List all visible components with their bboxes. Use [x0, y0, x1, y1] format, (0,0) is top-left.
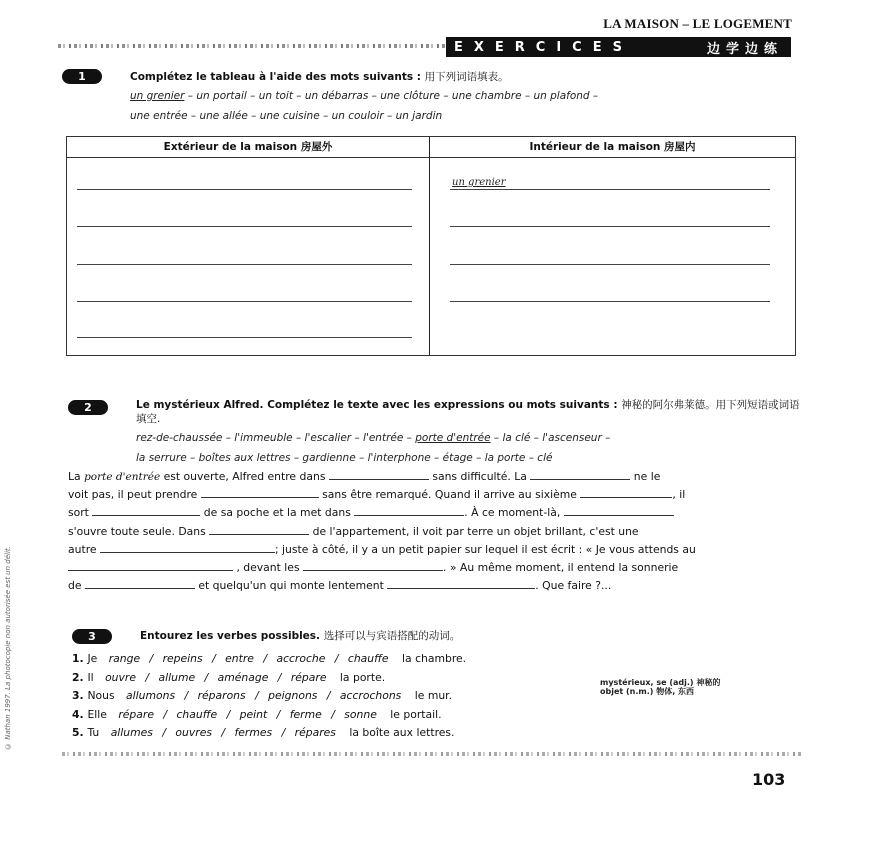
answer-line[interactable] [77, 301, 412, 302]
item-number: 1. [72, 650, 84, 669]
table-column-interior: Intérieur de la maison 房屋内 un grenier [430, 137, 795, 355]
text-fragment: de l'appartement, il voit par terre un o… [313, 525, 639, 538]
answer-line[interactable] [450, 264, 770, 265]
list-item: 2. Il ouvre / allume / aménage / répare … [72, 669, 466, 688]
text-fragment: s'ouvre toute seule. Dans [68, 525, 206, 538]
blank-field[interactable] [303, 559, 443, 571]
instruction-text-cn: 用下列词语填表。 [425, 71, 509, 83]
wordlist-part: rez-de-chaussée – l'immeuble – l'escalie… [136, 432, 415, 444]
banner-chinese: 边学边练 [707, 38, 783, 57]
chapter-title: LA MAISON – LE LOGEMENT [560, 16, 792, 32]
item-number: 2. [72, 669, 84, 688]
blank-field[interactable] [530, 468, 630, 480]
handwritten-answer: un grenier [452, 177, 506, 188]
instruction-text: Complétez le tableau à l'aide des mots s… [130, 71, 421, 83]
answer-line[interactable] [450, 189, 770, 190]
list-item: 4. Elle répare / chauffe / peint / ferme… [72, 706, 466, 725]
item-subject: Il [87, 669, 93, 688]
item-object: le portail. [390, 708, 441, 721]
blank-field[interactable] [68, 559, 233, 571]
text-fragment: . À ce moment-là, [464, 506, 560, 519]
item-subject: Tu [87, 724, 99, 743]
blank-field[interactable] [209, 523, 309, 535]
verb-options[interactable]: range / repeins / entre / accroche / cha… [109, 652, 389, 665]
text-fragment: voit pas, il peut prendre [68, 488, 197, 501]
answer-line[interactable] [77, 264, 412, 265]
blank-field[interactable] [329, 468, 429, 480]
text-fragment: , il [672, 488, 685, 501]
blank-field[interactable] [100, 541, 275, 553]
text-fragment: sans être remarqué. Quand il arrive au s… [322, 488, 577, 501]
blank-field[interactable] [354, 504, 464, 516]
verb-options[interactable]: allumes / ouvres / fermes / répares [111, 726, 336, 739]
answer-line[interactable] [77, 189, 412, 190]
column-header-exterior: Extérieur de la maison 房屋外 [67, 137, 429, 158]
text-fragment: de [68, 579, 82, 592]
item-object: le mur. [415, 689, 452, 702]
verb-options[interactable]: allumons / réparons / peignons / accroch… [126, 689, 401, 702]
exercise-2-badge: 2 [68, 400, 108, 415]
banner-latin: EXERCICES [454, 40, 633, 55]
decorative-noise-line [62, 752, 802, 756]
blank-field[interactable] [201, 486, 319, 498]
column-header-interior: Intérieur de la maison 房屋内 [430, 137, 795, 158]
glossary-entry: mystérieux, se (adj.) 神秘的 [600, 678, 720, 687]
glossary-entry: objet (n.m.) 物体, 东西 [600, 687, 720, 696]
item-subject: Nous [87, 687, 114, 706]
wordlist-line-2: la serrure – boîtes aux lettres – gardie… [136, 448, 801, 468]
crossed-word: un grenier [130, 90, 184, 102]
item-number: 3. [72, 687, 84, 706]
text-fragment: ne le [634, 470, 661, 483]
text-fragment: et quelqu'un qui monte lentement [198, 579, 383, 592]
verb-options[interactable]: répare / chauffe / peint / ferme / sonne [118, 708, 377, 721]
item-subject: Elle [87, 706, 106, 725]
handwritten-answer: porte d'entrée [84, 471, 160, 483]
exercise-1-instruction: Complétez le tableau à l'aide des mots s… [130, 69, 509, 84]
answer-line[interactable] [450, 301, 770, 302]
exercise-3-badge: 3 [72, 629, 112, 644]
exercise-3-list: 1. Je range / repeins / entre / accroche… [72, 650, 466, 743]
list-item: 1. Je range / repeins / entre / accroche… [72, 650, 466, 669]
text-fragment: . Que faire ?... [535, 579, 611, 592]
text-fragment: sans difficulté. La [432, 470, 527, 483]
exercise-1-table: Extérieur de la maison 房屋外 Intérieur de … [66, 136, 796, 356]
wordlist-line-2: une entrée – une allée – une cuisine – u… [130, 106, 810, 126]
answer-line[interactable] [450, 226, 770, 227]
exercise-2-wordlist: rez-de-chaussée – l'immeuble – l'escalie… [136, 428, 801, 468]
page-number: 103 [752, 770, 785, 789]
text-fragment: sort [68, 506, 89, 519]
answer-line[interactable] [77, 226, 412, 227]
exercise-1-wordlist: un grenier – un portail – un toit – un d… [130, 86, 810, 126]
instruction-text: Le mystérieux Alfred. Complétez le texte… [136, 399, 618, 411]
blank-field[interactable] [564, 504, 674, 516]
blank-field[interactable] [92, 504, 200, 516]
item-object: la chambre. [402, 652, 466, 665]
item-number: 4. [72, 706, 84, 725]
blank-field[interactable] [387, 577, 535, 589]
text-fragment: autre [68, 543, 97, 556]
wordlist-part: – la clé – l'ascenseur – [491, 432, 611, 444]
exercises-banner: EXERCICES 边学边练 [446, 37, 791, 57]
list-item: 3. Nous allumons / réparons / peignons /… [72, 687, 466, 706]
item-subject: Je [87, 650, 97, 669]
item-object: la boîte aux lettres. [349, 726, 454, 739]
item-number: 5. [72, 724, 84, 743]
decorative-noise-line [58, 44, 448, 48]
exercise-3-instruction: Entourez les verbes possibles. 选择可以与宾语搭配… [140, 628, 460, 643]
text-fragment: est ouverte, Alfred entre dans [160, 470, 325, 483]
verb-options[interactable]: ouvre / allume / aménage / répare [105, 671, 326, 684]
blank-field[interactable] [85, 577, 195, 589]
exercise-2-instruction: Le mystérieux Alfred. Complétez le texte… [136, 398, 801, 426]
crossed-word: porte d'entrée [415, 432, 490, 444]
text-fragment: de sa poche et la met dans [204, 506, 351, 519]
wordlist-line-1: – un portail – un toit – un débarras – u… [184, 90, 598, 102]
text-fragment: . » Au même moment, il entend la sonneri… [443, 561, 678, 574]
glossary-box: mystérieux, se (adj.) 神秘的 objet (n.m.) 物… [600, 678, 720, 696]
text-fragment: ; juste à côté, il y a un petit papier s… [275, 543, 696, 556]
instruction-text-cn: 选择可以与宾语搭配的动词。 [324, 630, 461, 642]
table-column-exterior: Extérieur de la maison 房屋外 [67, 137, 430, 355]
exercise-1-badge: 1 [62, 69, 102, 84]
text-fragment: , devant les [236, 561, 299, 574]
item-object: la porte. [340, 671, 385, 684]
exercise-2-text: La porte d'entrée est ouverte, Alfred en… [68, 468, 803, 595]
blank-field[interactable] [580, 486, 672, 498]
text-fragment: La [68, 470, 84, 483]
list-item: 5. Tu allumes / ouvres / fermes / répare… [72, 724, 466, 743]
answer-line[interactable] [77, 337, 412, 338]
instruction-text: Entourez les verbes possibles. [140, 630, 320, 642]
copyright-note: © Nathan 1997. La photocopie non autoris… [4, 570, 18, 750]
